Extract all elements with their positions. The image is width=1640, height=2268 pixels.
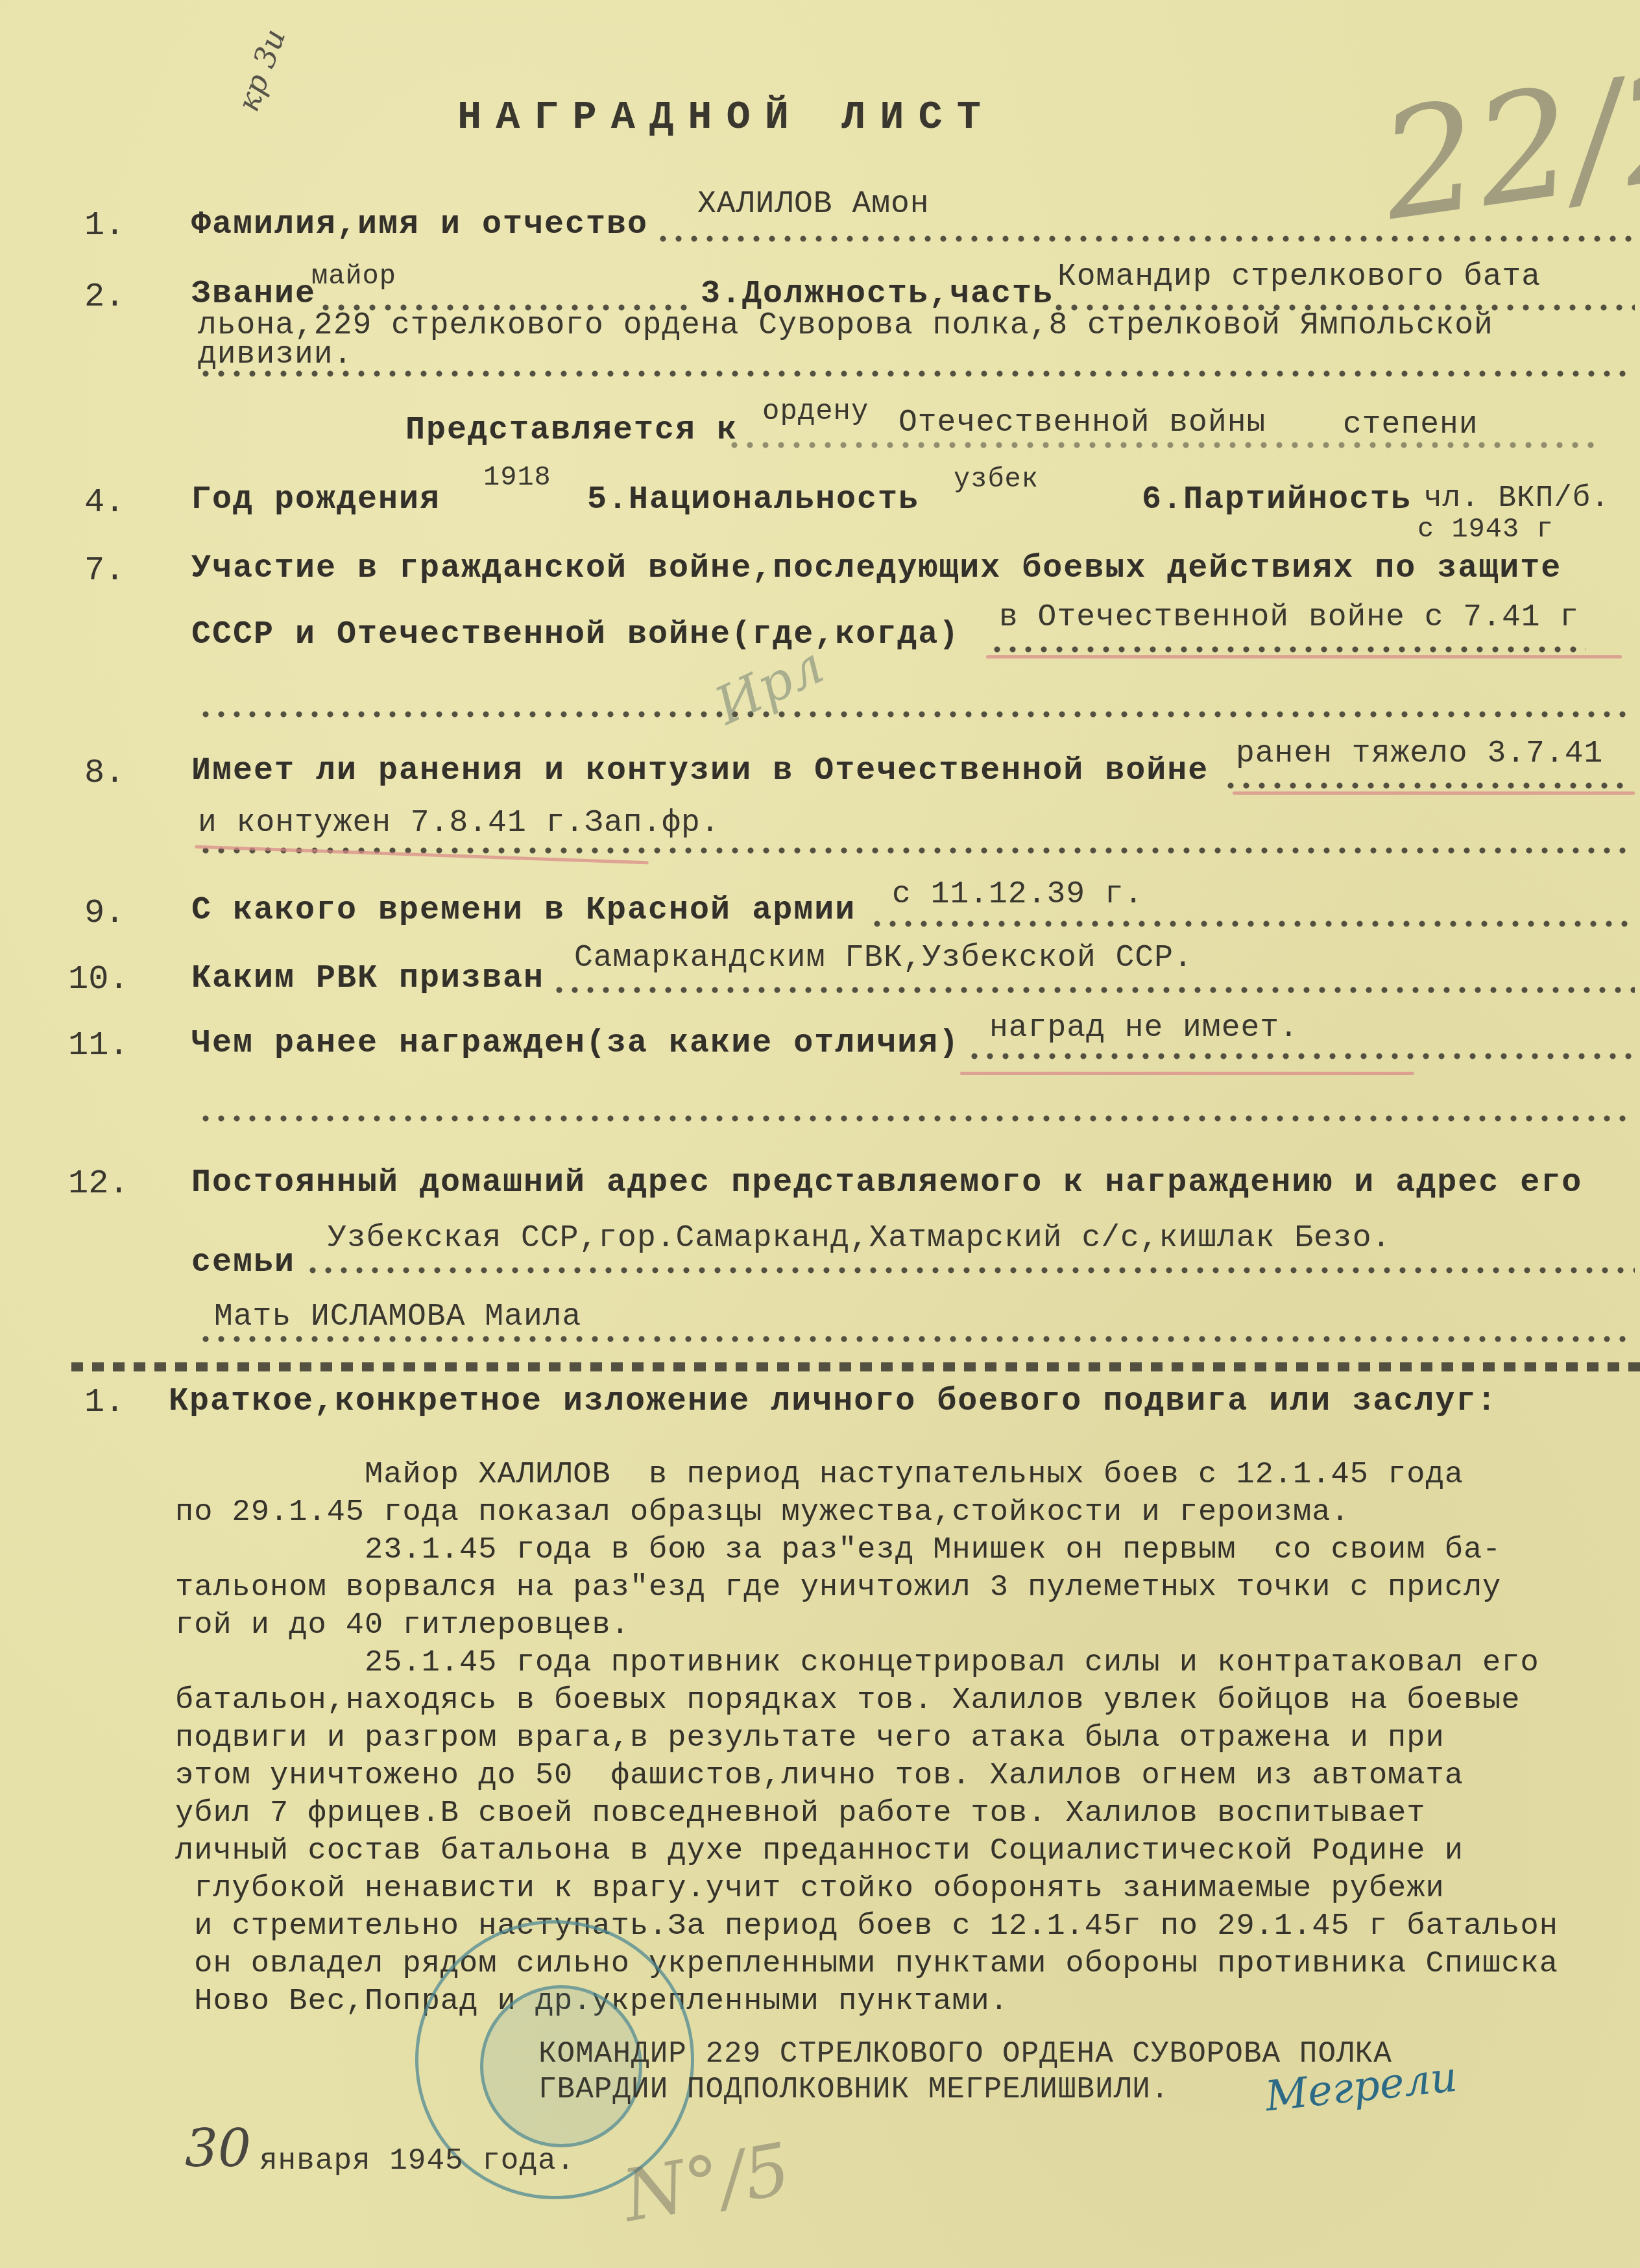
date-rest: января 1945 года. [259,2144,575,2178]
field-12-dots-2 [198,1335,1635,1343]
field-1-label: Фамилия,имя и отчество [191,206,648,243]
nomination-degree: степени [1343,407,1478,442]
signature-line-2: ГВАРДИИ ПОДПОЛКОВНИК МЕГРЕЛИШВИЛИ. [538,2073,1170,2106]
nomination-order: ордену [762,396,869,428]
field-8-label: Имеет ли ранения и контузии в Отечествен… [191,753,1209,790]
field-10-number: 10. [68,960,129,998]
field-1-value: ХАЛИЛОВ Амон [697,187,930,222]
field-12-value-line1: Узбекская ССР,гор.Самарканд,Хатмарский с… [328,1221,1391,1256]
field-7-red-underline [986,655,1622,658]
field-10-dots [551,986,1635,994]
field-4-number: 4. [84,483,125,522]
date-day-handwritten: 30 [185,2118,251,2178]
field-5-value: узбек [954,464,1039,495]
narrative-line: тальоном ворвался на раз"езд где уничтож… [175,1569,1558,1607]
field-3-value-line1: Командир стрелкового бата [1057,259,1541,295]
narrative-line: убил 7 фрицев.В своей повседневной работ… [175,1795,1558,1833]
field-11-dots-2 [198,1115,1635,1122]
field-10-label: Каким РВК призван [191,960,544,997]
narrative-block: Майор ХАЛИЛОВ в период наступательных бо… [175,1456,1558,2021]
field-8-number: 8. [84,754,125,792]
signature-line-1: КОМАНДИР 229 СТРЕЛКОВОГО ОРДЕНА СУВОРОВА… [538,2037,1392,2071]
field-11-label: Чем ранее награжден(за какие отличия) [191,1025,959,1062]
field-12-value-line2: Мать ИСЛАМОВА Маила [214,1299,581,1334]
narrative-line: и стремительно наступать.За период боев … [175,1908,1558,1946]
narrative-line: Майор ХАЛИЛОВ в период наступательных бо… [175,1456,1558,1494]
field-1-number: 1. [84,206,125,245]
field-7-dots [989,645,1586,653]
field-3-dots-2 [198,370,1635,378]
field-1-dots [655,235,1635,243]
field-12-number: 12. [68,1164,129,1203]
field-7-value: в Отечественной войне с 7.41 г [999,600,1579,635]
field-5-label: 5.Национальность [587,481,919,518]
narrative-line: гой и до 40 гитлеровцев. [175,1607,1558,1645]
section2-heading: Краткое,конкретное изложение личного бое… [169,1383,1497,1420]
field-11-number: 11. [68,1026,129,1065]
field-2-value: майор [311,261,396,292]
section-separator [71,1362,1640,1371]
narrative-line: он овладел рядом сильно укрепленными пун… [175,1946,1558,1983]
field-8-red-underline [1233,791,1635,795]
narrative-line: глубокой ненависти к врагу.учит стойко о… [175,1870,1558,1908]
narrative-line: подвиги и разгром врага,в результате чег… [175,1720,1558,1757]
field-10-value: Самаркандским ГВК,Узбекской ССР. [574,941,1193,976]
section2-number: 1. [84,1383,125,1421]
field-11-value: наград не имеет. [989,1011,1299,1046]
nomination-label: Представляется к [405,412,738,449]
narrative-line: личный состав батальона в духе преданнос… [175,1833,1558,1870]
field-12-label-line2: семьи [191,1244,295,1281]
document-title: НАГРАДНОЙ ЛИСТ [457,94,995,140]
field-8-value-line1: ранен тяжело 3.7.41 [1236,736,1603,771]
pencil-mark: 22/2 [1371,36,1640,254]
nomination-dots [727,441,1602,449]
field-3-value-line2: льона,229 стрелкового ордена Суворова по… [198,308,1493,343]
field-4-value: 1918 [483,462,551,493]
field-3-label: 3.Должность,часть [701,276,1054,313]
field-3-value-line3: дивизии. [198,337,352,372]
narrative-line: 23.1.45 года в бою за раз"езд Мнишек он … [175,1532,1558,1569]
narrative-line: 25.1.45 года противник сконцетрировал си… [175,1645,1558,1682]
field-8-value-line2: и контужен 7.8.41 г.Зап.фр. [198,806,720,841]
nomination-order-name: Отечественной войны [898,405,1266,440]
field-9-dots [869,920,1635,928]
narrative-line: этом уничтожено до 50 фашистов,лично тов… [175,1757,1558,1795]
field-12-dots [305,1266,1635,1274]
narrative-line: батальон,находясь в боевых порядках тов.… [175,1682,1558,1720]
field-7-number: 7. [84,551,125,590]
field-9-value: с 11.12.39 г. [892,877,1143,912]
field-7-label-line1: Участие в гражданской войне,последующих … [191,550,1562,587]
field-6-value: чл. ВКП/б. [1424,481,1610,515]
narrative-line: по 29.1.45 года показал образцы мужества… [175,1494,1558,1532]
field-2-label: Звание [191,276,316,313]
field-11-dots [967,1052,1635,1060]
field-7-dots-2 [198,710,1635,718]
field-6-label: 6.Партийность [1142,481,1412,518]
field-7-label-line2: СССР и Отечественной войне(где,когда) [191,616,959,653]
corner-handwritten-note: кр 3и [230,24,292,115]
field-9-number: 9. [84,894,125,932]
field-11-red-underline [960,1072,1414,1075]
field-12-label-line1: Постоянный домашний адрес представляемог… [191,1164,1582,1201]
field-8-dots [1223,782,1625,790]
field-4-label: Год рождения [191,481,440,518]
field-6-since: с 1943 г [1417,514,1554,545]
field-2-number: 2. [84,278,125,316]
narrative-line: Ново Вес,Попрад и др.укрепленными пункта… [175,1983,1558,2021]
field-9-label: С какого времени в Красной армии [191,892,856,929]
